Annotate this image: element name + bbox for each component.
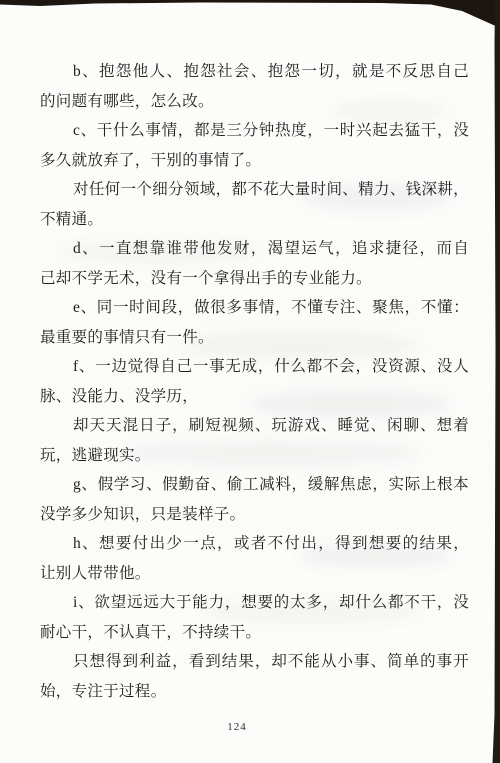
text-line: 没学多少知识，只是装样子。 xyxy=(40,500,469,530)
text-line: 玩，逃避现实。 xyxy=(40,441,469,471)
text-line: 对任何一个细分领域，都不花大量时间、精力、钱深耕， xyxy=(40,175,469,205)
page-text-block: b、抱怨他人、抱怨社会、抱怨一切，就是不反思自己 的问题有哪些，怎么改。 c、干… xyxy=(40,57,469,706)
text-line: 己却不学无术，没有一个拿得出手的专业能力。 xyxy=(40,264,469,294)
text-line: d、一直想靠谁带他发财，渴望运气，追求捷径，而自 xyxy=(40,234,469,264)
text-line: 让别人带带他。 xyxy=(40,559,469,589)
text-line: 不精通。 xyxy=(40,205,469,235)
scanned-book-page: b、抱怨他人、抱怨社会、抱怨一切，就是不反思自己 的问题有哪些，怎么改。 c、干… xyxy=(0,0,500,763)
text-line: c、干什么事情，都是三分钟热度，一时兴起去猛干，没 xyxy=(40,116,469,146)
page-number: 124 xyxy=(217,720,257,735)
text-line: i、欲望远远大于能力，想要的太多，却什么都不干，没 xyxy=(40,588,469,618)
text-line: h、想要付出少一点，或者不付出，得到想要的结果， xyxy=(40,529,469,559)
text-line: 却天天混日子，刷短视频、玩游戏、睡觉、闲聊、想着 xyxy=(40,411,469,441)
text-line: g、假学习、假勤奋、偷工减料，缓解焦虑，实际上根本 xyxy=(40,470,469,500)
text-line: b、抱怨他人、抱怨社会、抱怨一切，就是不反思自己 xyxy=(40,57,469,87)
text-line: 脉、没能力、没学历， xyxy=(40,382,469,412)
text-line: e、同一时间段，做很多事情，不懂专注、聚焦，不懂： xyxy=(40,293,469,323)
text-line: 最重要的事情只有一件。 xyxy=(40,323,469,353)
text-line: 多久就放弃了，干别的事情了。 xyxy=(40,146,469,176)
text-line: 耐心干，不认真干，不持续干。 xyxy=(40,618,469,648)
text-line: 只想得到利益，看到结果，却不能从小事、简单的事开 xyxy=(40,647,469,677)
text-line: 始，专注于过程。 xyxy=(40,677,469,707)
text-line: 的问题有哪些，怎么改。 xyxy=(40,87,469,117)
text-line: f、一边觉得自己一事无成，什么都不会，没资源、没人 xyxy=(40,352,469,382)
